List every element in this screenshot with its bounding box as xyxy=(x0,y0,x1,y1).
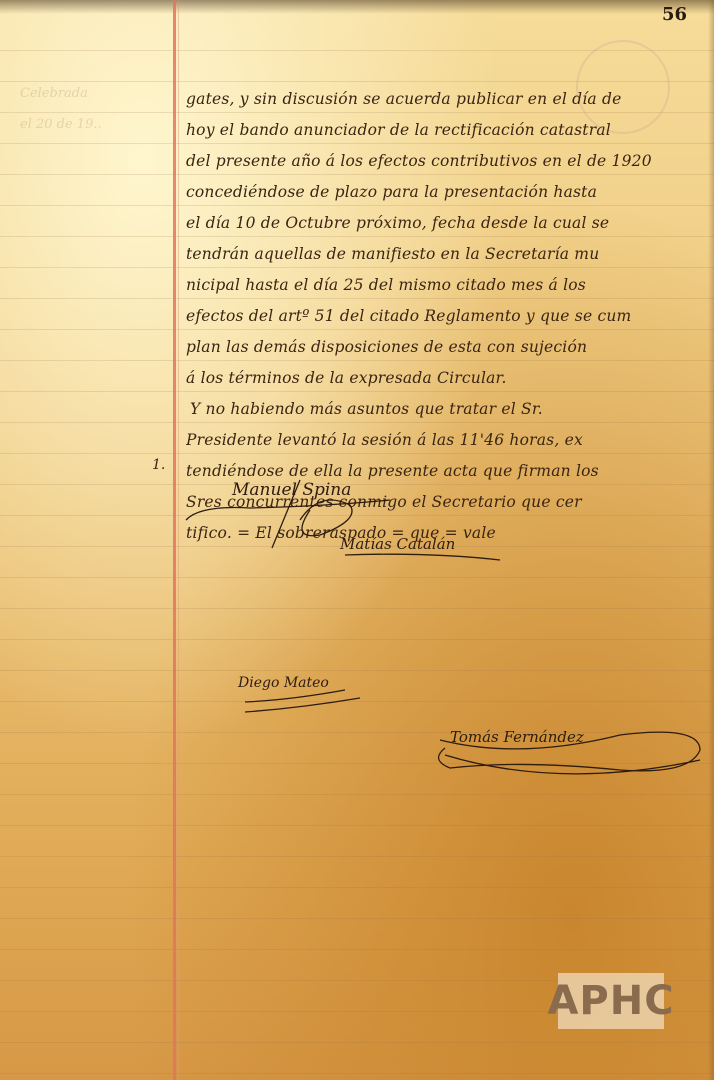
watermark-logo: APHC xyxy=(558,973,664,1029)
document-page: Celebrada el 20 de 19.. 56 gates, y sin … xyxy=(0,0,714,1080)
signature-flourish-icon xyxy=(0,0,714,1080)
